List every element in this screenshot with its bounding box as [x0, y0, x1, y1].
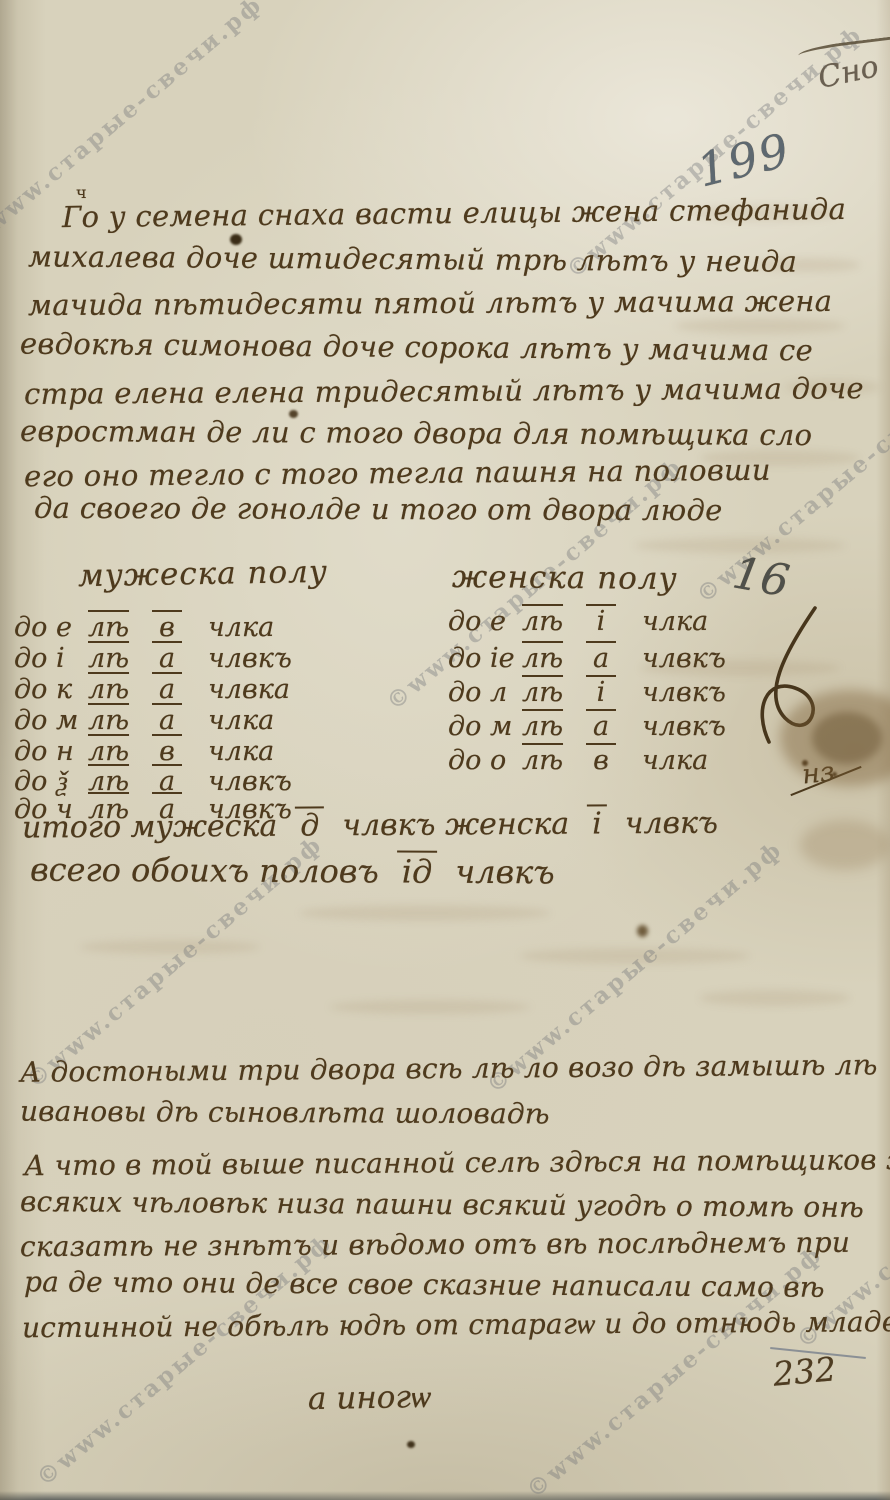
count-numeral: і	[586, 604, 616, 637]
years-abbr: лѣ	[88, 705, 152, 736]
paragraph1-line: михалева доче штидесятый трѣ лѣтъ у неид…	[28, 239, 797, 278]
persons-abbr: члвка	[208, 674, 290, 705]
male-row: до ілѣачлвкъ	[14, 641, 292, 674]
years-abbr: лѣ	[88, 674, 152, 705]
age-bracket: до м	[448, 711, 522, 742]
years-abbr: лѣ	[88, 643, 152, 674]
count-numeral: а	[152, 672, 182, 705]
years-abbr: лѣ	[88, 736, 152, 767]
folio-number: 199	[692, 122, 796, 197]
count-numeral: а	[586, 709, 616, 742]
persons-abbr: члка	[642, 745, 708, 776]
female-row: до іелѣачлвкъ	[448, 641, 726, 674]
count-numeral: а	[586, 641, 616, 674]
stain-speck	[832, 772, 837, 777]
female-column: до елѣічлка до іелѣачлвкъ до ллѣічлвкъ д…	[448, 596, 768, 776]
totals-line-2: всего обоихъ половъідчлвкъ	[30, 849, 573, 892]
persons-abbr: члка	[642, 606, 708, 637]
totals-numeral: ід	[397, 851, 438, 891]
count-numeral: а	[152, 703, 182, 736]
paragraph1-line: мачида пѣтидесяти пятой лѣтъ у мачима же…	[28, 284, 833, 322]
male-column: до елѣвчлка до ілѣачлвкъ до клѣачлвка до…	[14, 600, 334, 810]
totals-text: члвкъ женска	[342, 807, 569, 844]
count-numeral: в	[586, 743, 616, 776]
margin-note-16: 16	[729, 548, 793, 608]
female-row: до млѣачлвкъ	[448, 709, 726, 742]
years-abbr: лѣ	[522, 677, 586, 708]
age-bracket: до е	[448, 606, 522, 637]
archive-number: 232	[771, 1349, 837, 1393]
count-numeral: в	[152, 734, 182, 767]
paragraph2-line: сказатѣ не знѣтъ и вѣдомо отъ вѣ послѣдн…	[20, 1226, 850, 1263]
male-row: до клѣачлвка	[14, 672, 290, 705]
years-abbr: лѣ	[522, 745, 586, 776]
persons-abbr: члвкъ	[642, 677, 726, 708]
paragraph2-line: всяких чѣловѣк низа пашни всякий угодѣ о…	[20, 1185, 864, 1224]
closing-word: а иногѡ	[308, 1379, 431, 1417]
age-bracket: до к	[14, 674, 88, 705]
male-row: до нлѣвчлка	[14, 734, 274, 767]
count-numeral: в	[152, 610, 182, 643]
bleedthrough-smudge	[300, 905, 550, 921]
persons-abbr: члвкъ	[642, 711, 726, 742]
ink-blot	[230, 234, 242, 245]
age-bracket: до е	[14, 612, 88, 643]
persons-abbr: члвкъ	[642, 643, 726, 674]
ink-blot	[407, 1441, 415, 1448]
totals-text: всего обоихъ половъ	[30, 851, 379, 891]
totals-text: итого мужеска	[22, 809, 278, 846]
female-row: до ллѣічлвкъ	[448, 675, 726, 708]
male-column-header: мужеска полу	[78, 554, 328, 594]
male-row: до млѣачлка	[14, 703, 274, 736]
persons-abbr: члка	[208, 736, 274, 767]
age-bracket: до л	[448, 677, 522, 708]
paragraph2-line: ивановы дѣ сыновлѣта шоловадѣ	[20, 1095, 550, 1131]
paragraph1-line: стра елена елена тридесятый лѣтъ у мачим…	[24, 371, 864, 411]
paragraph2-line: А что в той выше писанной селѣ здѣся на …	[24, 1143, 890, 1182]
persons-abbr: члвкъ	[208, 643, 292, 674]
paragraph2-line: А достоными три двора всѣ лѣ ло возо дѣ …	[20, 1048, 878, 1088]
persons-abbr: члка	[208, 705, 274, 736]
paragraph1-line: его оно тегло с того тегла пашня на поло…	[24, 453, 771, 494]
totals-numeral: і	[587, 804, 607, 841]
totals-text: члвкъ	[455, 853, 555, 892]
paragraph2-line: ра де что они де все свое сказние написа…	[24, 1265, 825, 1304]
years-abbr: лѣ	[522, 643, 586, 674]
totals-text: члвкъ	[625, 806, 718, 842]
stain-speck	[802, 760, 808, 766]
bleedthrough-smudge	[700, 990, 850, 1006]
female-row: до олѣвчлка	[448, 743, 708, 776]
paragraph1-line: да своего де гонолде и того от двора люд…	[34, 491, 723, 527]
paragraph1-line: евростман де ли с того двора для помѣщик…	[20, 414, 813, 452]
count-numeral: а	[152, 641, 182, 674]
male-row: до елѣвчлка	[14, 610, 274, 643]
age-bracket: до іе	[448, 643, 522, 674]
years-abbr: лѣ	[88, 612, 152, 643]
years-abbr: лѣ	[522, 606, 586, 637]
age-bracket: до о	[448, 745, 522, 776]
count-numeral: і	[586, 675, 616, 708]
totals-numeral: д	[295, 806, 324, 843]
foxing-stain	[800, 820, 890, 870]
female-row: до елѣічлка	[448, 604, 708, 637]
totals-line-1: итого мужескадчлвкъ женскаічлвкъ	[22, 804, 736, 846]
foxing-stain	[812, 712, 882, 764]
age-bracket: до м	[14, 705, 88, 736]
age-bracket: до і	[14, 643, 88, 674]
female-column-header: женска полу	[452, 559, 678, 597]
manuscript-page: ©www.старые-свечи.рф ©www.старые-свечи.р…	[0, 0, 890, 1500]
paragraph1-line: евдокѣя симонова доче сорока лѣтъ у мачи…	[20, 327, 813, 368]
years-abbr: лѣ	[522, 711, 586, 742]
ink-blot	[637, 925, 648, 937]
ink-blot	[289, 410, 298, 418]
paragraph1-line: Го у семена снаха васти елицы жена стефа…	[62, 192, 846, 234]
persons-abbr: члка	[208, 612, 274, 643]
paragraph2-line: истинной не обѣлѣ юдѣ от старагѡ и до от…	[22, 1305, 890, 1346]
age-bracket: до н	[14, 736, 88, 767]
bleedthrough-smudge	[330, 1000, 530, 1014]
